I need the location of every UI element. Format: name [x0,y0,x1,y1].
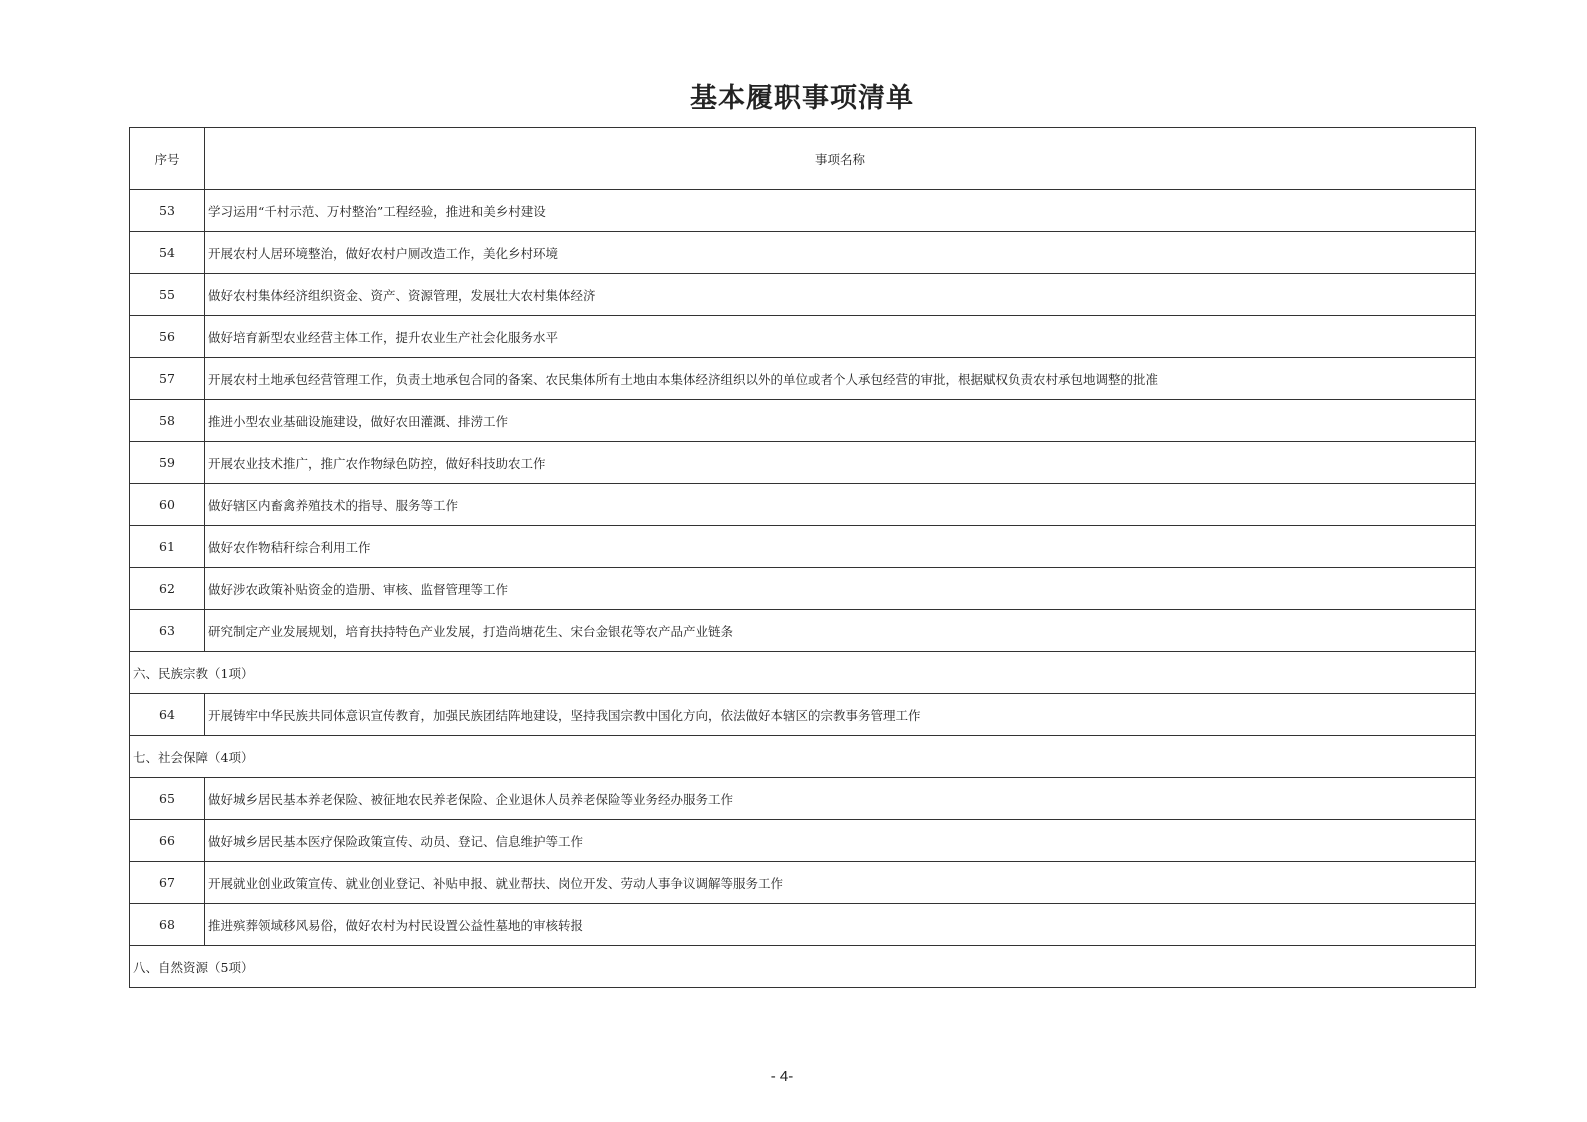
table-row: 61做好农作物秸秆综合利用工作 [130,526,1476,568]
row-number: 53 [130,190,205,232]
row-number: 54 [130,232,205,274]
row-item-name: 推进小型农业基础设施建设，做好农田灌溉、排涝工作 [205,400,1476,442]
row-item-name: 做好培育新型农业经营主体工作，提升农业生产社会化服务水平 [205,316,1476,358]
row-item-name: 做好农作物秸秆综合利用工作 [205,526,1476,568]
section-title: 七、社会保障（4项） [130,736,1476,778]
row-number: 56 [130,316,205,358]
table-row: 59开展农业技术推广，推广农作物绿色防控，做好科技助农工作 [130,442,1476,484]
table-row: 60做好辖区内畜禽养殖技术的指导、服务等工作 [130,484,1476,526]
row-number: 64 [130,694,205,736]
row-item-name: 做好辖区内畜禽养殖技术的指导、服务等工作 [205,484,1476,526]
row-number: 59 [130,442,205,484]
row-item-name: 研究制定产业发展规划，培育扶持特色产业发展，打造尚塘花生、宋台金银花等农产品产业… [205,610,1476,652]
header-num: 序号 [130,128,205,190]
header-name: 事项名称 [205,128,1476,190]
duties-table: 序号 事项名称 53学习运用“千村示范、万村整治”工程经验，推进和美乡村建设54… [129,127,1476,988]
row-item-name: 推进殡葬领域移风易俗，做好农村为村民设置公益性墓地的审核转报 [205,904,1476,946]
row-item-name: 开展铸牢中华民族共同体意识宣传教育，加强民族团结阵地建设，坚持我国宗教中国化方向… [205,694,1476,736]
table-row: 67开展就业创业政策宣传、就业创业登记、补贴申报、就业帮扶、岗位开发、劳动人事争… [130,862,1476,904]
row-number: 57 [130,358,205,400]
row-number: 68 [130,904,205,946]
table-row: 54开展农村人居环境整治，做好农村户厕改造工作，美化乡村环境 [130,232,1476,274]
table-row: 66做好城乡居民基本医疗保险政策宣传、动员、登记、信息维护等工作 [130,820,1476,862]
row-item-name: 开展农村土地承包经营管理工作，负责土地承包合同的备案、农民集体所有土地由本集体经… [205,358,1476,400]
table-row: 53学习运用“千村示范、万村整治”工程经验，推进和美乡村建设 [130,190,1476,232]
table-row: 62做好涉农政策补贴资金的造册、审核、监督管理等工作 [130,568,1476,610]
row-number: 67 [130,862,205,904]
row-item-name: 做好城乡居民基本医疗保险政策宣传、动员、登记、信息维护等工作 [205,820,1476,862]
section-row: 八、自然资源（5项） [130,946,1476,988]
row-item-name: 做好城乡居民基本养老保险、被征地农民养老保险、企业退休人员养老保险等业务经办服务… [205,778,1476,820]
row-item-name: 做好农村集体经济组织资金、资产、资源管理，发展壮大农村集体经济 [205,274,1476,316]
section-title: 六、民族宗教（1项） [130,652,1476,694]
row-number: 65 [130,778,205,820]
table-row: 64开展铸牢中华民族共同体意识宣传教育，加强民族团结阵地建设，坚持我国宗教中国化… [130,694,1476,736]
section-row: 六、民族宗教（1项） [130,652,1476,694]
row-number: 55 [130,274,205,316]
table-row: 68推进殡葬领域移风易俗，做好农村为村民设置公益性墓地的审核转报 [130,904,1476,946]
table-row: 65做好城乡居民基本养老保险、被征地农民养老保险、企业退休人员养老保险等业务经办… [130,778,1476,820]
document-title: 基本履职事项清单 [0,76,1587,115]
row-number: 61 [130,526,205,568]
table-row: 57开展农村土地承包经营管理工作，负责土地承包合同的备案、农民集体所有土地由本集… [130,358,1476,400]
row-number: 66 [130,820,205,862]
page-number: - 4- [0,1068,1564,1085]
table-row: 56做好培育新型农业经营主体工作，提升农业生产社会化服务水平 [130,316,1476,358]
row-item-name: 开展农村人居环境整治，做好农村户厕改造工作，美化乡村环境 [205,232,1476,274]
row-number: 60 [130,484,205,526]
row-number: 62 [130,568,205,610]
row-number: 58 [130,400,205,442]
section-title: 八、自然资源（5项） [130,946,1476,988]
row-item-name: 学习运用“千村示范、万村整治”工程经验，推进和美乡村建设 [205,190,1476,232]
row-item-name: 开展就业创业政策宣传、就业创业登记、补贴申报、就业帮扶、岗位开发、劳动人事争议调… [205,862,1476,904]
row-item-name: 开展农业技术推广，推广农作物绿色防控，做好科技助农工作 [205,442,1476,484]
table-row: 58推进小型农业基础设施建设，做好农田灌溉、排涝工作 [130,400,1476,442]
table-header-row: 序号 事项名称 [130,128,1476,190]
section-row: 七、社会保障（4项） [130,736,1476,778]
row-number: 63 [130,610,205,652]
table-row: 55做好农村集体经济组织资金、资产、资源管理，发展壮大农村集体经济 [130,274,1476,316]
table-row: 63研究制定产业发展规划，培育扶持特色产业发展，打造尚塘花生、宋台金银花等农产品… [130,610,1476,652]
row-item-name: 做好涉农政策补贴资金的造册、审核、监督管理等工作 [205,568,1476,610]
